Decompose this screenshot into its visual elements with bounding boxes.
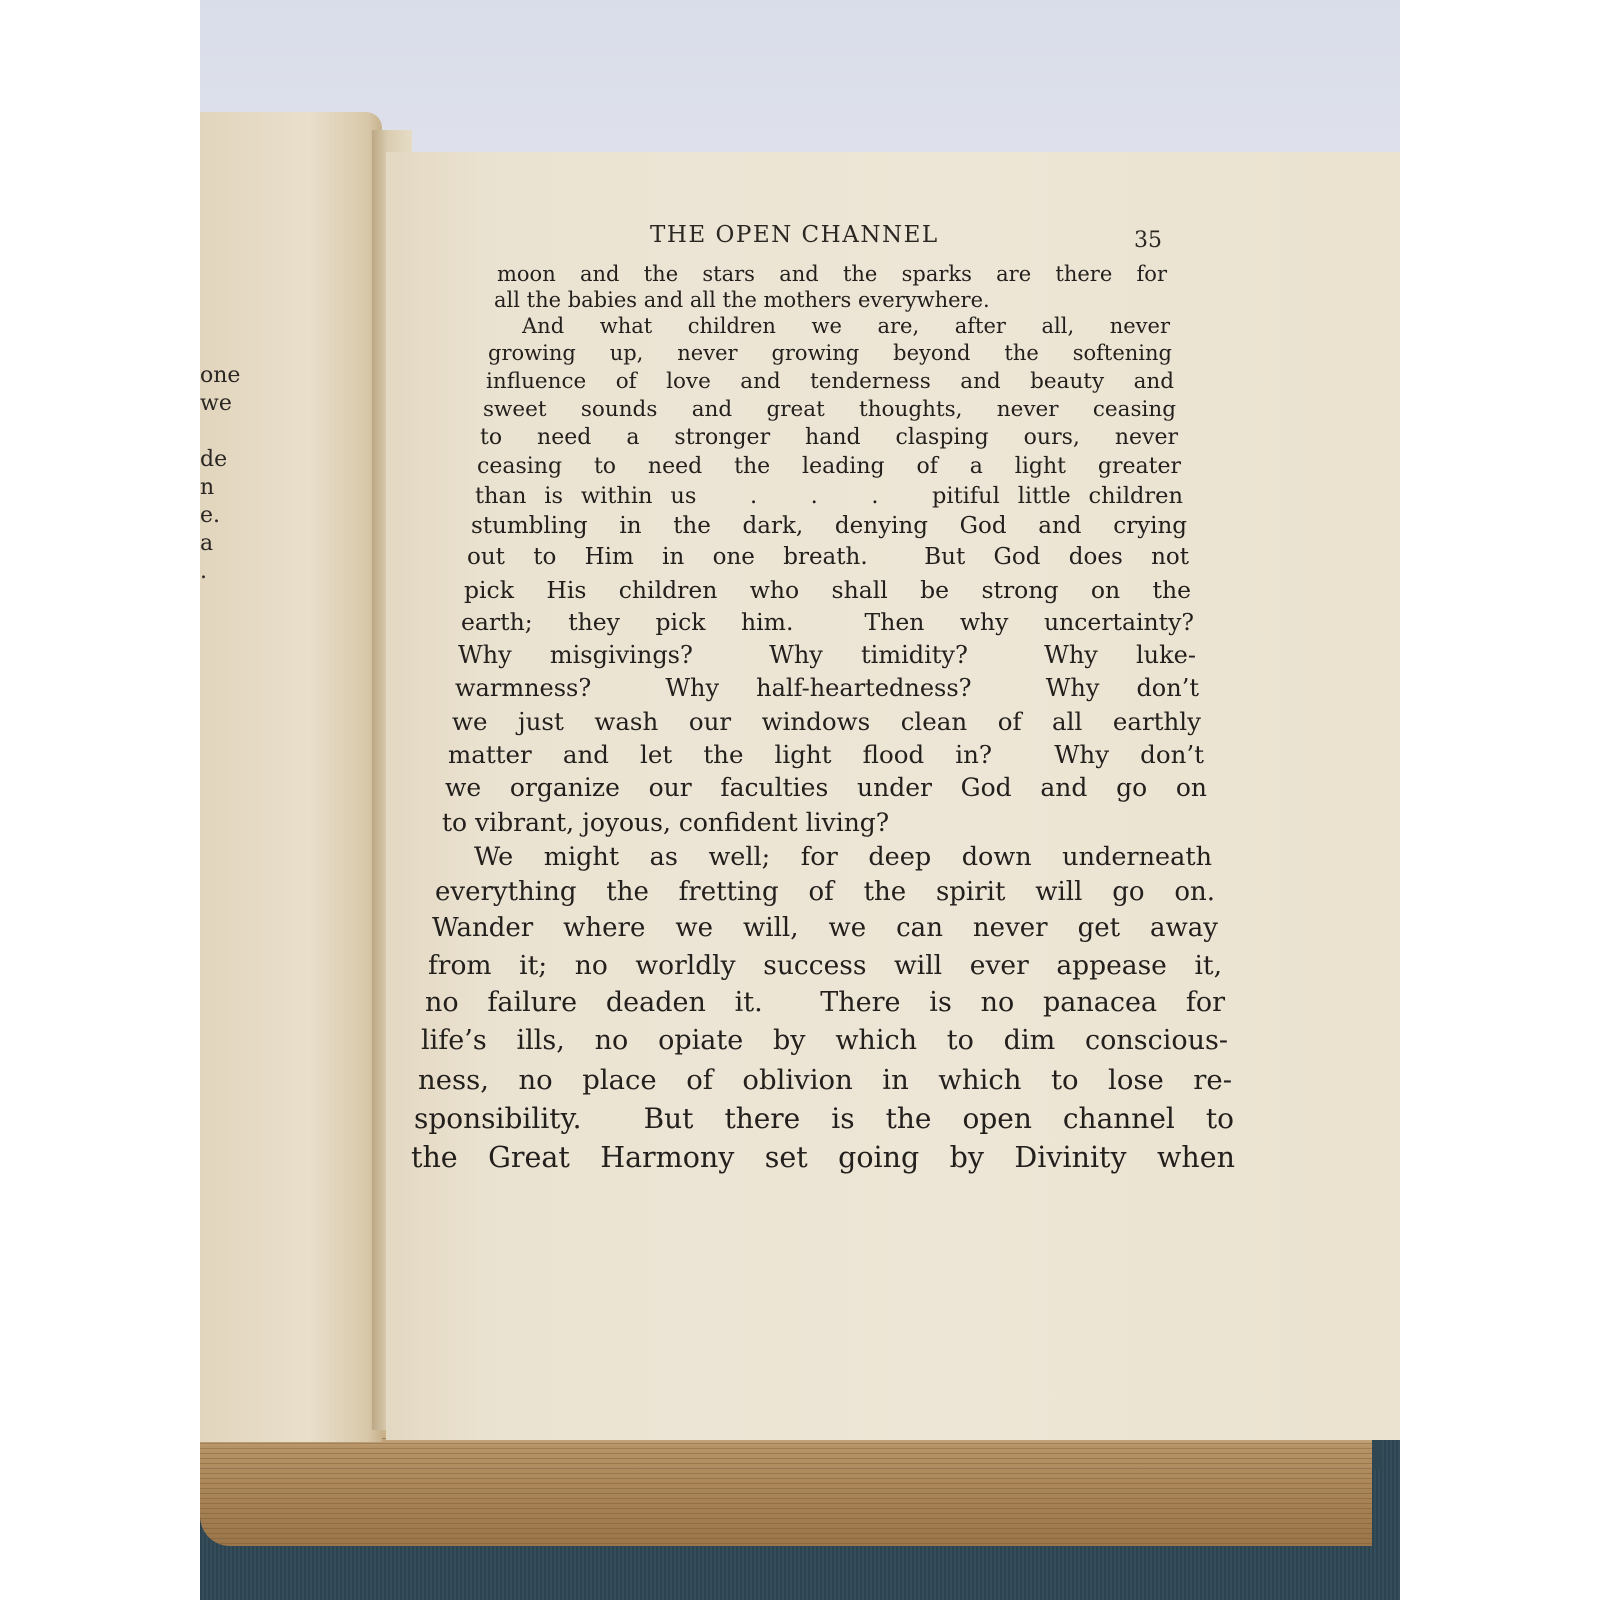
text-line: to vibrant, joyous, confident living?: [442, 808, 1018, 837]
left-page-text-fragments: one we de n e. a .: [200, 362, 260, 586]
text-line: growing up, never growing beyond the sof…: [488, 341, 1172, 365]
text-line: to need a stronger hand clasping ours, n…: [480, 425, 1178, 450]
text-line: the Great Harmony set going by Divinity …: [411, 1141, 1235, 1174]
left-fragment: a: [200, 530, 260, 558]
page-number: 35: [1134, 228, 1162, 253]
left-fragment: .: [200, 558, 260, 586]
text-line: warmness? Why half-heartedness? Why don’…: [455, 674, 1199, 702]
text-line: life’s ills, no opiate by which to dim c…: [421, 1025, 1228, 1056]
text-line: We might as well; for deep down undernea…: [474, 842, 1212, 872]
text-line: stumbling in the dark, denying God and c…: [471, 513, 1187, 539]
text-line: moon and the stars and the sparks are th…: [497, 262, 1167, 286]
text-line: than is within us . . . pitiful little c…: [475, 483, 1183, 509]
left-fragment: n: [200, 474, 260, 502]
text-line: Wander where we will, we can never get a…: [432, 913, 1218, 943]
text-line: influence of love and tenderness and bea…: [486, 369, 1174, 394]
text-line: from it; no worldly success will ever ap…: [428, 950, 1222, 981]
text-line: no failure deaden it. There is no panace…: [425, 987, 1225, 1018]
text-line: matter and let the light flood in? Why d…: [448, 740, 1204, 769]
left-fragment: one: [200, 362, 260, 390]
left-page: one we de n e. a .: [200, 112, 382, 1442]
running-head: THE OPEN CHANNEL 35: [448, 222, 1168, 252]
text-line: sponsibility. But there is the open chan…: [414, 1102, 1234, 1135]
text-line: we just wash our windows clean of all ea…: [452, 707, 1201, 736]
left-fragment: we: [200, 390, 260, 418]
page-block-edge: [200, 1428, 1372, 1546]
left-fragment: de: [200, 446, 260, 474]
running-title: THE OPEN CHANNEL: [650, 222, 939, 248]
text-line: out to Him in one breath. But God does n…: [467, 544, 1189, 570]
left-fragment: e.: [200, 502, 260, 530]
text-line: ceasing to need the leading of a light g…: [477, 454, 1181, 479]
left-fragment: [200, 418, 260, 446]
text-line: And what children we are, after all, nev…: [522, 314, 1170, 338]
text-line: everything the fretting of the spirit wi…: [435, 877, 1215, 907]
text-line: Why misgivings? Why timidity? Why luke-: [458, 641, 1196, 669]
text-line: all the babies and all the mothers every…: [494, 288, 1139, 312]
text-line: earth; they pick him. Then why uncertain…: [461, 608, 1194, 636]
text-line: pick His children who shall be strong on…: [464, 576, 1191, 604]
text-line: we organize our faculties under God and …: [445, 773, 1207, 802]
text-line: ness, no place of oblivion in which to l…: [418, 1064, 1232, 1096]
text-line: sweet sounds and great thoughts, never c…: [483, 397, 1176, 422]
